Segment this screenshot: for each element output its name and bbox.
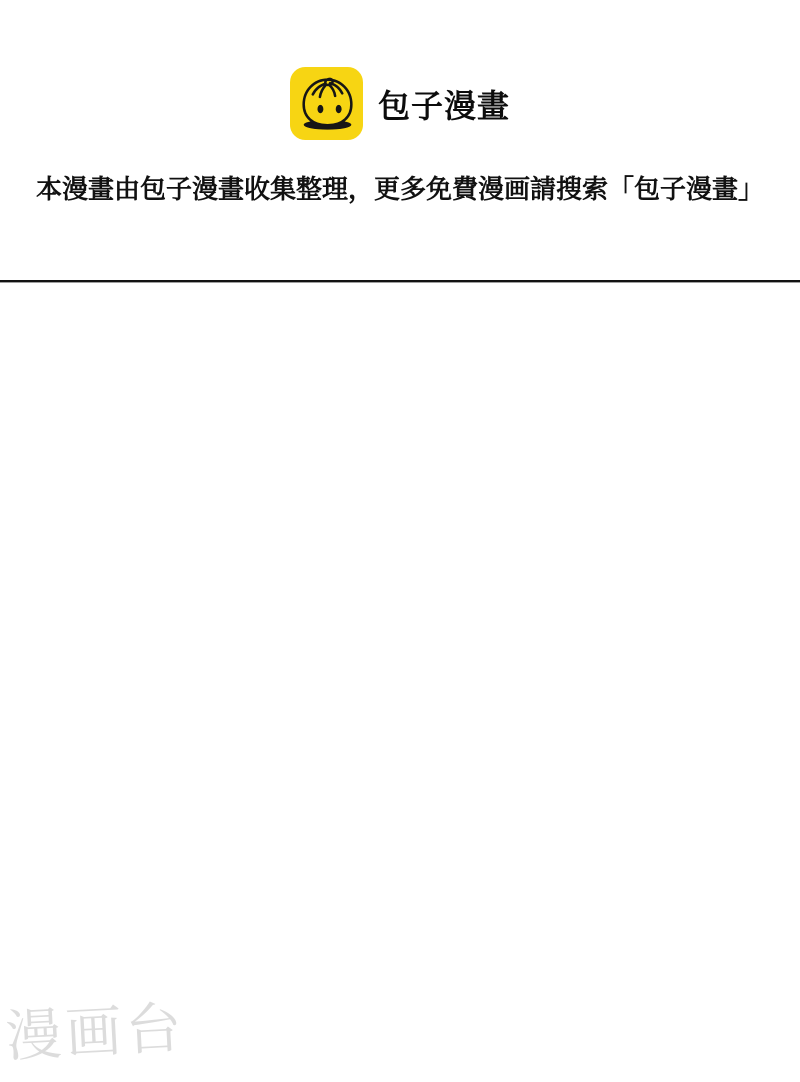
collection-notice-text: 本漫畫由包子漫畫收集整理，更多免費漫画請搜索「包子漫畫」 [0, 172, 800, 206]
comic-credit-page: 包子漫畫 本漫畫由包子漫畫收集整理，更多免費漫画請搜索「包子漫畫」 漫画台 [0, 0, 800, 1082]
baozi-bun-icon [290, 67, 363, 140]
bun-line-art [304, 79, 352, 125]
divider-rule [0, 280, 800, 283]
manhuatai-watermark: 漫画台 [4, 997, 187, 1068]
brand-header: 包子漫畫 [0, 67, 800, 140]
app-title: 包子漫畫 [378, 86, 510, 122]
bun-body [304, 80, 352, 126]
